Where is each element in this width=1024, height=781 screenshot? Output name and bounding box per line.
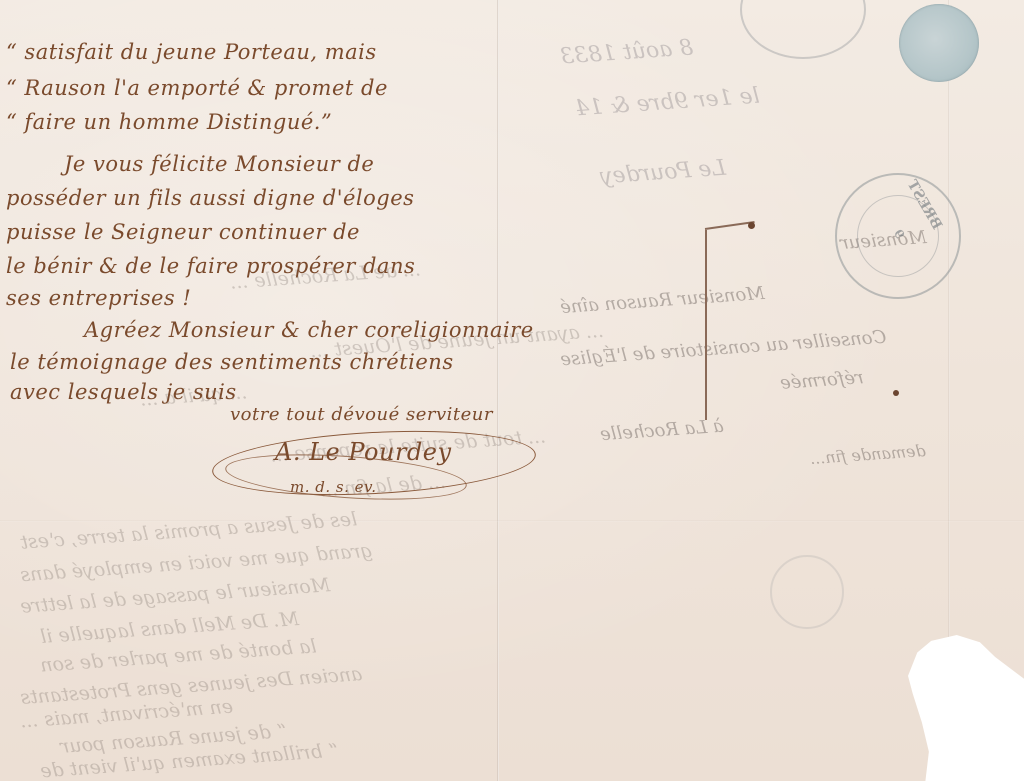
postmark-top-partial — [740, 0, 866, 59]
text-line: ses entreprises ! — [6, 286, 191, 310]
text-line: Je vous félicite Monsieur de — [64, 152, 374, 176]
address-line-city: à La Rochelle — [599, 416, 724, 446]
ink-blot — [893, 390, 899, 396]
text-line: puisse le Seigneur continuer de — [6, 220, 360, 244]
torn-corner — [908, 635, 1024, 781]
ink-blot — [748, 222, 755, 229]
vertical-fold-line — [497, 0, 499, 781]
address-line-title: Conseiller au consistoire de l'Église — [560, 327, 887, 371]
text-line: “ faire un homme Distingué.” — [6, 110, 332, 134]
text-line: Agréez Monsieur & cher coreligionnaire — [84, 318, 534, 342]
address-line-name: Monsieur Rauson aîné — [560, 283, 766, 318]
text-line: le bénir & de le faire prospérer dans — [6, 254, 415, 278]
text-line: “ satisfait du jeune Porteau, mais — [6, 40, 377, 64]
signature: A. Le Pourdey — [275, 438, 452, 466]
endorsement-sender: Le Pourdey — [599, 156, 726, 190]
address-note: demande fin... — [809, 441, 926, 468]
signature-subline: m. d. s. ev. — [290, 478, 376, 496]
text-line: posséder un fils aussi digne d'éloges — [6, 186, 414, 210]
endorsement-reply: le 1er 9bre & 14 — [574, 84, 760, 122]
address-line-church: réformée — [779, 367, 864, 394]
rate-mark-stroke — [705, 230, 707, 420]
postmark-faint — [770, 555, 844, 629]
endorsement-date: 8 août 1833 — [559, 35, 694, 69]
wax-seal-residue — [899, 4, 979, 82]
text-line: “ Rauson l'a emporté & promet de — [6, 76, 388, 100]
text-line: avec lesquels je suis — [10, 380, 237, 404]
postmark-brest: BREST 9 — [835, 173, 961, 299]
letter-sheet: ... de La Rochelle ... ... ayant un jeun… — [0, 0, 1024, 781]
text-line: le témoignage des sentiments chrétiens — [10, 350, 454, 374]
closing-line: votre tout dévoué serviteur — [230, 404, 493, 425]
